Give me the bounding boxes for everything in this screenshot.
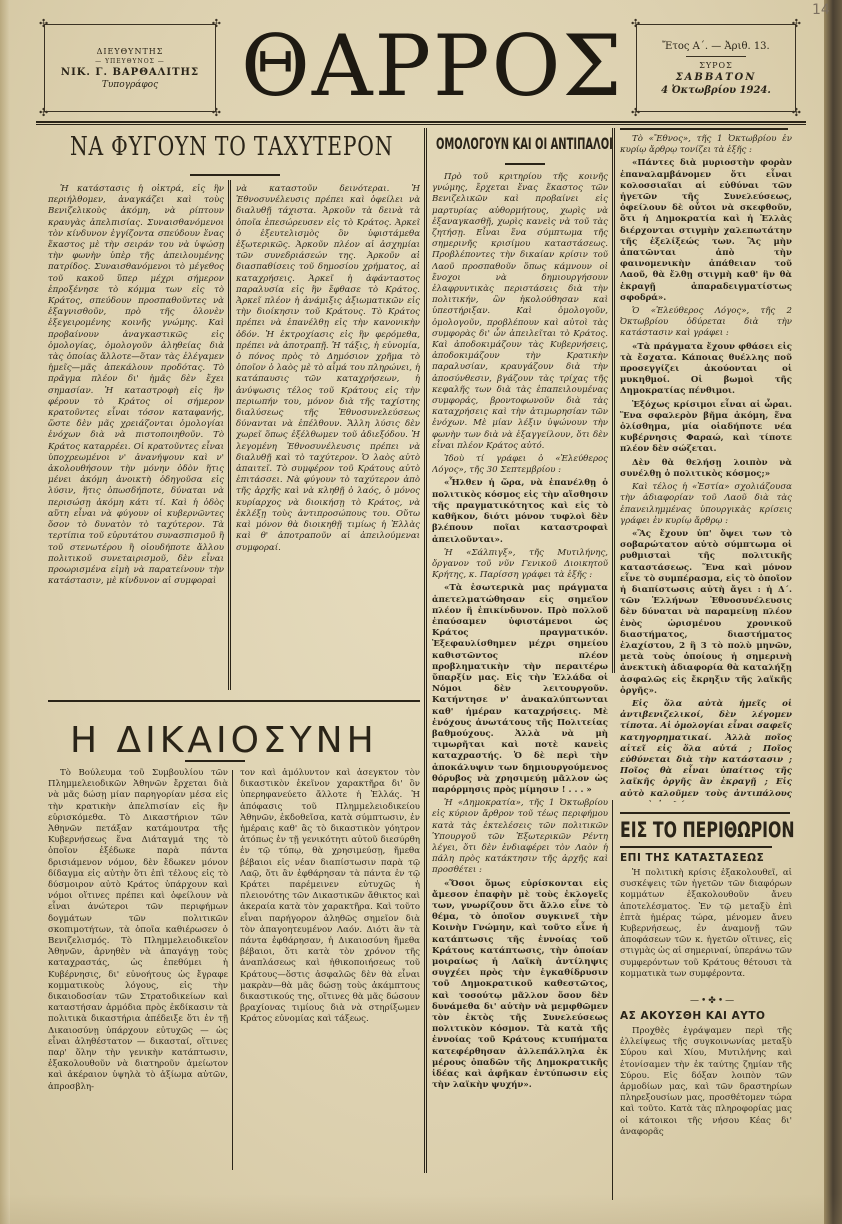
perithorion-text-1: Ἡ πολιτικὴ κρίσις ἐξακολουθεῖ, αἱ συσκέψ… xyxy=(620,868,792,992)
article-title-na-fygoun: ΝΑ ΦΥΓΟΥΝ ΤΟ ΤΑΧΥΤΕΡΟΝ xyxy=(70,132,393,162)
weekday: ΣΑΒΒΑΤΟΝ xyxy=(676,72,757,83)
article-title-perithorion: ΕΙΣ ΤΟ ΠΕΡΙΘΩΡΙΟΝ xyxy=(620,818,795,842)
divider xyxy=(686,56,746,57)
quote-paragraph: «Πάντες διὰ μυριοστὴν φορὰν ἐπαναλαμβάνο… xyxy=(620,158,792,304)
corner-ornament-icon: ✣ xyxy=(792,107,801,118)
editor-label: ΔΙΕΥΘΥΝΤΗΣ xyxy=(97,47,164,56)
article-paragraph: Ἡ κατάστασις ἡ οἰκτρά, εἰς ἣν περιήλθομε… xyxy=(48,184,224,587)
column-rule xyxy=(424,128,427,1173)
title-underline xyxy=(505,163,545,165)
article-paragraph: Πρὸ τοῦ κριτηρίου τῆς κοινῆς γνώμης, ἔρχ… xyxy=(432,172,608,452)
title-underline xyxy=(185,760,245,762)
newspaper-page: 14 ✣ ✣ ✣ ✣ ΔΙΕΥΘΥΝΤΗΣ — ΥΠΕΥΘΥΝΟΣ — ΝΙΚ.… xyxy=(0,0,842,1224)
masthead: ✣ ✣ ✣ ✣ ΔΙΕΥΘΥΝΤΗΣ — ΥΠΕΥΘΥΝΟΣ — ΝΙΚ. Γ.… xyxy=(36,14,806,119)
corner-ornament-icon: ✣ xyxy=(39,107,48,118)
article-paragraph: Ἡ «Σάλπιγξ», τῆς Μυτιλήνης, ὄργανον τοῦ … xyxy=(432,548,608,582)
editor-box: ✣ ✣ ✣ ✣ ΔΙΕΥΘΥΝΤΗΣ — ΥΠΕΥΘΥΝΟΣ — ΝΙΚ. Γ.… xyxy=(44,24,216,112)
title-underline xyxy=(620,846,772,848)
article-paragraph: Ἡ «Δημοκρατία», τῆς 1 Ὀκτωβρίου εἰς κύρι… xyxy=(432,798,608,876)
corner-ornament-icon: ✣ xyxy=(212,107,221,118)
article-paragraph: Τὸ «Ἔθνος», τῆς 1 Ὀκτωβρίου ἐν κυρίῳ ἄρθ… xyxy=(620,134,792,156)
article-paragraph: τον καὶ ἀμόλυντον καὶ ἀσεγκτον τὸν δικασ… xyxy=(240,768,420,1026)
article-dikaiosyni-col2: τον καὶ ἀμόλυντον καὶ ἀσεγκτον τὸν δικασ… xyxy=(240,768,420,1168)
quote-paragraph: «Ἦλθεν ἡ ὥρα, νὰ ἐπανέλθῃ ὁ πολιτικὸς κό… xyxy=(432,478,608,545)
article-paragraph: νὰ καταστοῦν δεινότεραι. Ἡ Ἐθνοσυνέλευσι… xyxy=(236,184,420,554)
section-rule xyxy=(620,128,788,130)
corner-ornament-icon: ✣ xyxy=(212,18,221,29)
article-omologoun-col: Πρὸ τοῦ κριτηρίου τῆς κοινῆς γνώμης, ἔρχ… xyxy=(432,172,608,1172)
section-rule xyxy=(48,700,420,702)
quote-paragraph: «Τὰ ἐσωτερικὰ μας πράγματα ἀπετελματώθησ… xyxy=(432,583,608,796)
responsible-label: — ΥΠΕΥΘΥΝΟΣ — xyxy=(95,58,165,65)
article-na-fygoun-col2: νὰ καταστοῦν δεινότεραι. Ἡ Ἐθνοσυνέλευσι… xyxy=(236,184,420,694)
corner-ornament-icon: ✣ xyxy=(631,107,640,118)
ornament-divider-icon: —•✤•— xyxy=(690,996,736,1006)
column-rule xyxy=(612,800,615,1200)
editor-name: ΝΙΚ. Γ. ΒΑΡΘΑΛΙΤΗΣ xyxy=(61,67,199,78)
article-title-omologoun: ΟΜΟΛΟΓΟΥΝ ΚΑΙ ΟΙ ΑΝΤΙΠΑΛΟΙ xyxy=(436,134,613,153)
article-title-dikaiosyni: Η ΔΙΚΑΙΟΣΥΝΗ xyxy=(70,720,378,761)
quote-paragraph: «Ἂς ἔχουν ὑπ' ὄψει των τὸ σοβαρώτατον αὐ… xyxy=(620,529,792,697)
quote-paragraph: «Ὅσοι ὅμως εὑρίσκονται εἰς ἄμεσον ἐπαφὴν… xyxy=(432,879,608,1092)
article-quotes-col: Τὸ «Ἔθνος», τῆς 1 Ὀκτωβρίου ἐν κυρίῳ ἄρθ… xyxy=(620,134,792,802)
article-paragraph: Ἰδοὺ τί γράφει ὁ «Ἐλεύθερος Λόγος», τῆς … xyxy=(432,454,608,476)
article-paragraph: Προχθὲς ἐγράψαμεν περὶ τῆς ἐλλείψεως τῆς… xyxy=(620,1026,792,1138)
issue-date: 4 Ὀκτωβρίου 1924. xyxy=(661,85,771,96)
page-binding-left xyxy=(0,0,10,1224)
corner-ornament-icon: ✣ xyxy=(792,18,801,29)
quote-paragraph: Δὲν θὰ θελήσῃ λοιπὸν νὰ συνέλθῃ ὁ πολιτι… xyxy=(620,458,792,480)
pencil-page-number: 14 xyxy=(812,2,830,18)
article-paragraph: Καὶ τέλος ἡ «Ἑστία» σχολιάζουσα τὴν ἀδια… xyxy=(620,482,792,527)
newspaper-title: ΘΑΡΡΟΣ xyxy=(241,16,621,116)
title-underline xyxy=(190,174,280,176)
column-rule xyxy=(612,128,615,673)
issue-number: Ἔτος Α΄. — Ἀριθ. 13. xyxy=(662,41,769,52)
subhead-epi-tis-katastaseos: ΕΠΙ ΤΗΣ ΚΑΤΑΣΤΑΣΕΩΣ xyxy=(620,852,764,864)
column-rule xyxy=(232,770,235,1170)
page-binding-right xyxy=(824,0,842,1224)
corner-ornament-icon: ✣ xyxy=(631,18,640,29)
issue-box: ✣ ✣ ✣ ✣ Ἔτος Α΄. — Ἀριθ. 13. ΣΥΡΟΣ ΣΑΒΒΑ… xyxy=(636,24,796,112)
editor-role: Τυπογράφος xyxy=(102,80,158,90)
quote-paragraph: Ἐξόχως κρίσιμοι εἶναι αἱ ὧραι. Ἕνα σφαλε… xyxy=(620,400,792,456)
article-paragraph: Ἡ πολιτικὴ κρίσις ἐξακολουθεῖ, αἱ συσκέψ… xyxy=(620,868,792,980)
corner-ornament-icon: ✣ xyxy=(39,18,48,29)
column-rule xyxy=(228,180,231,690)
article-dikaiosyni-col1: Τὸ Βούλευμα τοῦ Συμβουλίου τῶν Πλημμελει… xyxy=(48,768,228,1168)
perithorion-text-2: Προχθὲς ἐγράψαμεν περὶ τῆς ἐλλείψεως τῆς… xyxy=(620,1026,792,1150)
subhead-as-akoustei: ΑΣ ΑΚΟΥΣΘΗ ΚΑΙ ΑΥΤΟ xyxy=(620,1010,765,1022)
article-na-fygoun-col1: Ἡ κατάστασις ἡ οἰκτρά, εἰς ἣν περιήλθομε… xyxy=(48,184,224,694)
article-paragraph: Εἰς ὅλα αὐτὰ ἡμεῖς οἱ ἀντιβενιζελικοί, δ… xyxy=(620,699,792,802)
masthead-rule xyxy=(36,121,806,125)
place: ΣΥΡΟΣ xyxy=(699,61,733,70)
section-rule xyxy=(620,812,790,814)
article-paragraph: Τὸ Βούλευμα τοῦ Συμβουλίου τῶν Πλημμελει… xyxy=(48,768,228,1093)
quote-paragraph: «Τὰ πράγματα ἔχουν φθάσει εἰς τὰ ἔσχατα.… xyxy=(620,342,792,398)
article-paragraph: Ὁ «Ἐλεύθερος Λόγος», τῆς 2 Ὀκτωβρίου ὀδύ… xyxy=(620,306,792,340)
page-bottom-margin xyxy=(0,1194,842,1224)
